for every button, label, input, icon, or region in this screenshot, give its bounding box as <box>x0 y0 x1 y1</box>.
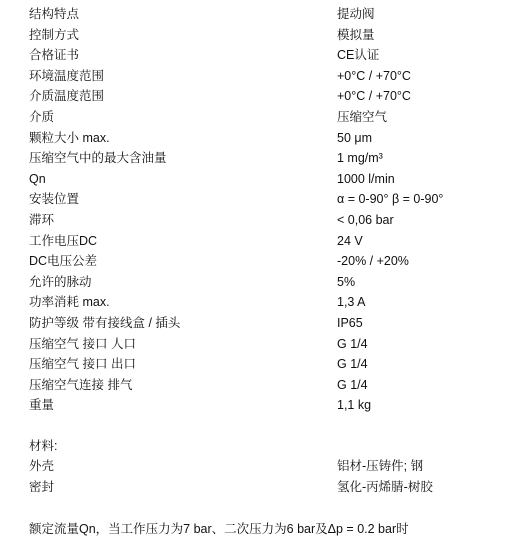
material-value: 铝材-压铸件; 钢 <box>337 456 499 477</box>
spec-label: 介质温度范围 <box>29 86 337 107</box>
spec-value: G 1/4 <box>337 334 499 355</box>
spec-label: 重量 <box>29 395 337 416</box>
material-row-seal: 密封 氢化-丙烯腈-树胶 <box>29 477 499 498</box>
spec-label: 压缩空气 接口 出口 <box>29 354 337 375</box>
spec-row-control: 控制方式 模拟量 <box>29 25 499 46</box>
spec-value: G 1/4 <box>337 354 499 375</box>
material-row-housing: 外壳 铝材-压铸件; 钢 <box>29 456 499 477</box>
spec-label: Qn <box>29 169 337 190</box>
spec-value: 模拟量 <box>337 25 499 46</box>
spec-row-particle-size: 颗粒大小 max. 50 μm <box>29 128 499 149</box>
spec-label: 压缩空气中的最大含油量 <box>29 148 337 169</box>
spec-row-voltage-tolerance: DC电压公差 -20% / +20% <box>29 251 499 272</box>
spec-row-medium-temp: 介质温度范围 +0°C / +70°C <box>29 86 499 107</box>
spec-row-port-inlet: 压缩空气 接口 人口 G 1/4 <box>29 334 499 355</box>
spec-value: 1 mg/m³ <box>337 148 499 169</box>
spec-value: 50 μm <box>337 128 499 149</box>
spec-row-medium: 介质 压缩空气 <box>29 107 499 128</box>
spec-value: +0°C / +70°C <box>337 66 499 87</box>
material-value: 氢化-丙烯腈-树胶 <box>337 477 499 498</box>
materials-section: 材料: 外壳 铝材-压铸件; 钢 密封 氢化-丙烯腈-树胶 <box>29 436 499 497</box>
spec-label: 合格证书 <box>29 45 337 66</box>
spec-value: < 0,06 bar <box>337 210 499 231</box>
spec-label: 安装位置 <box>29 189 337 210</box>
spec-row-certification: 合格证书 CE认证 <box>29 45 499 66</box>
spec-label: 防护等级 带有接线盒 / 插头 <box>29 313 337 334</box>
spec-row-port-exhaust: 压缩空气连接 排气 G 1/4 <box>29 375 499 396</box>
spec-value: 压缩空气 <box>337 107 499 128</box>
spec-value: 1,1 kg <box>337 395 499 416</box>
spec-row-port-outlet: 压缩空气 接口 出口 G 1/4 <box>29 354 499 375</box>
materials-heading: 材料: <box>29 436 499 456</box>
spec-label: 环境温度范围 <box>29 66 337 87</box>
spec-label: 滞环 <box>29 210 337 231</box>
spec-label: 颗粒大小 max. <box>29 128 337 149</box>
material-label: 密封 <box>29 477 337 498</box>
spec-row-hysteresis: 滞环 < 0,06 bar <box>29 210 499 231</box>
spec-row-mounting-position: 安装位置 α = 0-90° β = 0-90° <box>29 189 499 210</box>
spec-value: 1000 l/min <box>337 169 499 190</box>
spec-value: CE认证 <box>337 45 499 66</box>
spec-row-oil-content: 压缩空气中的最大含油量 1 mg/m³ <box>29 148 499 169</box>
spec-label: 允许的脉动 <box>29 272 337 293</box>
spec-value: 24 V <box>337 231 499 252</box>
spec-row-qn: Qn 1000 l/min <box>29 169 499 190</box>
spec-value: G 1/4 <box>337 375 499 396</box>
spec-row-protection-class: 防护等级 带有接线盒 / 插头 IP65 <box>29 313 499 334</box>
spec-label: 功率消耗 max. <box>29 292 337 313</box>
material-label: 外壳 <box>29 456 337 477</box>
spec-value: IP65 <box>337 313 499 334</box>
spec-row-weight: 重量 1,1 kg <box>29 395 499 416</box>
spec-label: 结构特点 <box>29 4 337 25</box>
spec-table: 结构特点 提动阀 控制方式 模拟量 合格证书 CE认证 环境温度范围 +0°C … <box>29 4 499 416</box>
spec-value: -20% / +20% <box>337 251 499 272</box>
spec-label: 工作电压DC <box>29 231 337 252</box>
spec-row-ripple: 允许的脉动 5% <box>29 272 499 293</box>
spec-label: DC电压公差 <box>29 251 337 272</box>
spec-value: 5% <box>337 272 499 293</box>
spec-row-ambient-temp: 环境温度范围 +0°C / +70°C <box>29 66 499 87</box>
spec-row-operating-voltage: 工作电压DC 24 V <box>29 231 499 252</box>
spec-label: 压缩空气 接口 人口 <box>29 334 337 355</box>
spec-label: 控制方式 <box>29 25 337 46</box>
spec-label: 压缩空气连接 排气 <box>29 375 337 396</box>
spec-label: 介质 <box>29 107 337 128</box>
spec-row-design: 结构特点 提动阀 <box>29 4 499 25</box>
spec-value: 提动阀 <box>337 4 499 25</box>
spec-value: 1,3 A <box>337 292 499 313</box>
spec-value: α = 0-90° β = 0-90° <box>337 189 499 210</box>
spec-value: +0°C / +70°C <box>337 86 499 107</box>
footnote: 额定流量Qn，当工作压力为7 bar、二次压力为6 bar及Δp = 0.2 b… <box>29 519 409 539</box>
spec-row-power-consumption: 功率消耗 max. 1,3 A <box>29 292 499 313</box>
